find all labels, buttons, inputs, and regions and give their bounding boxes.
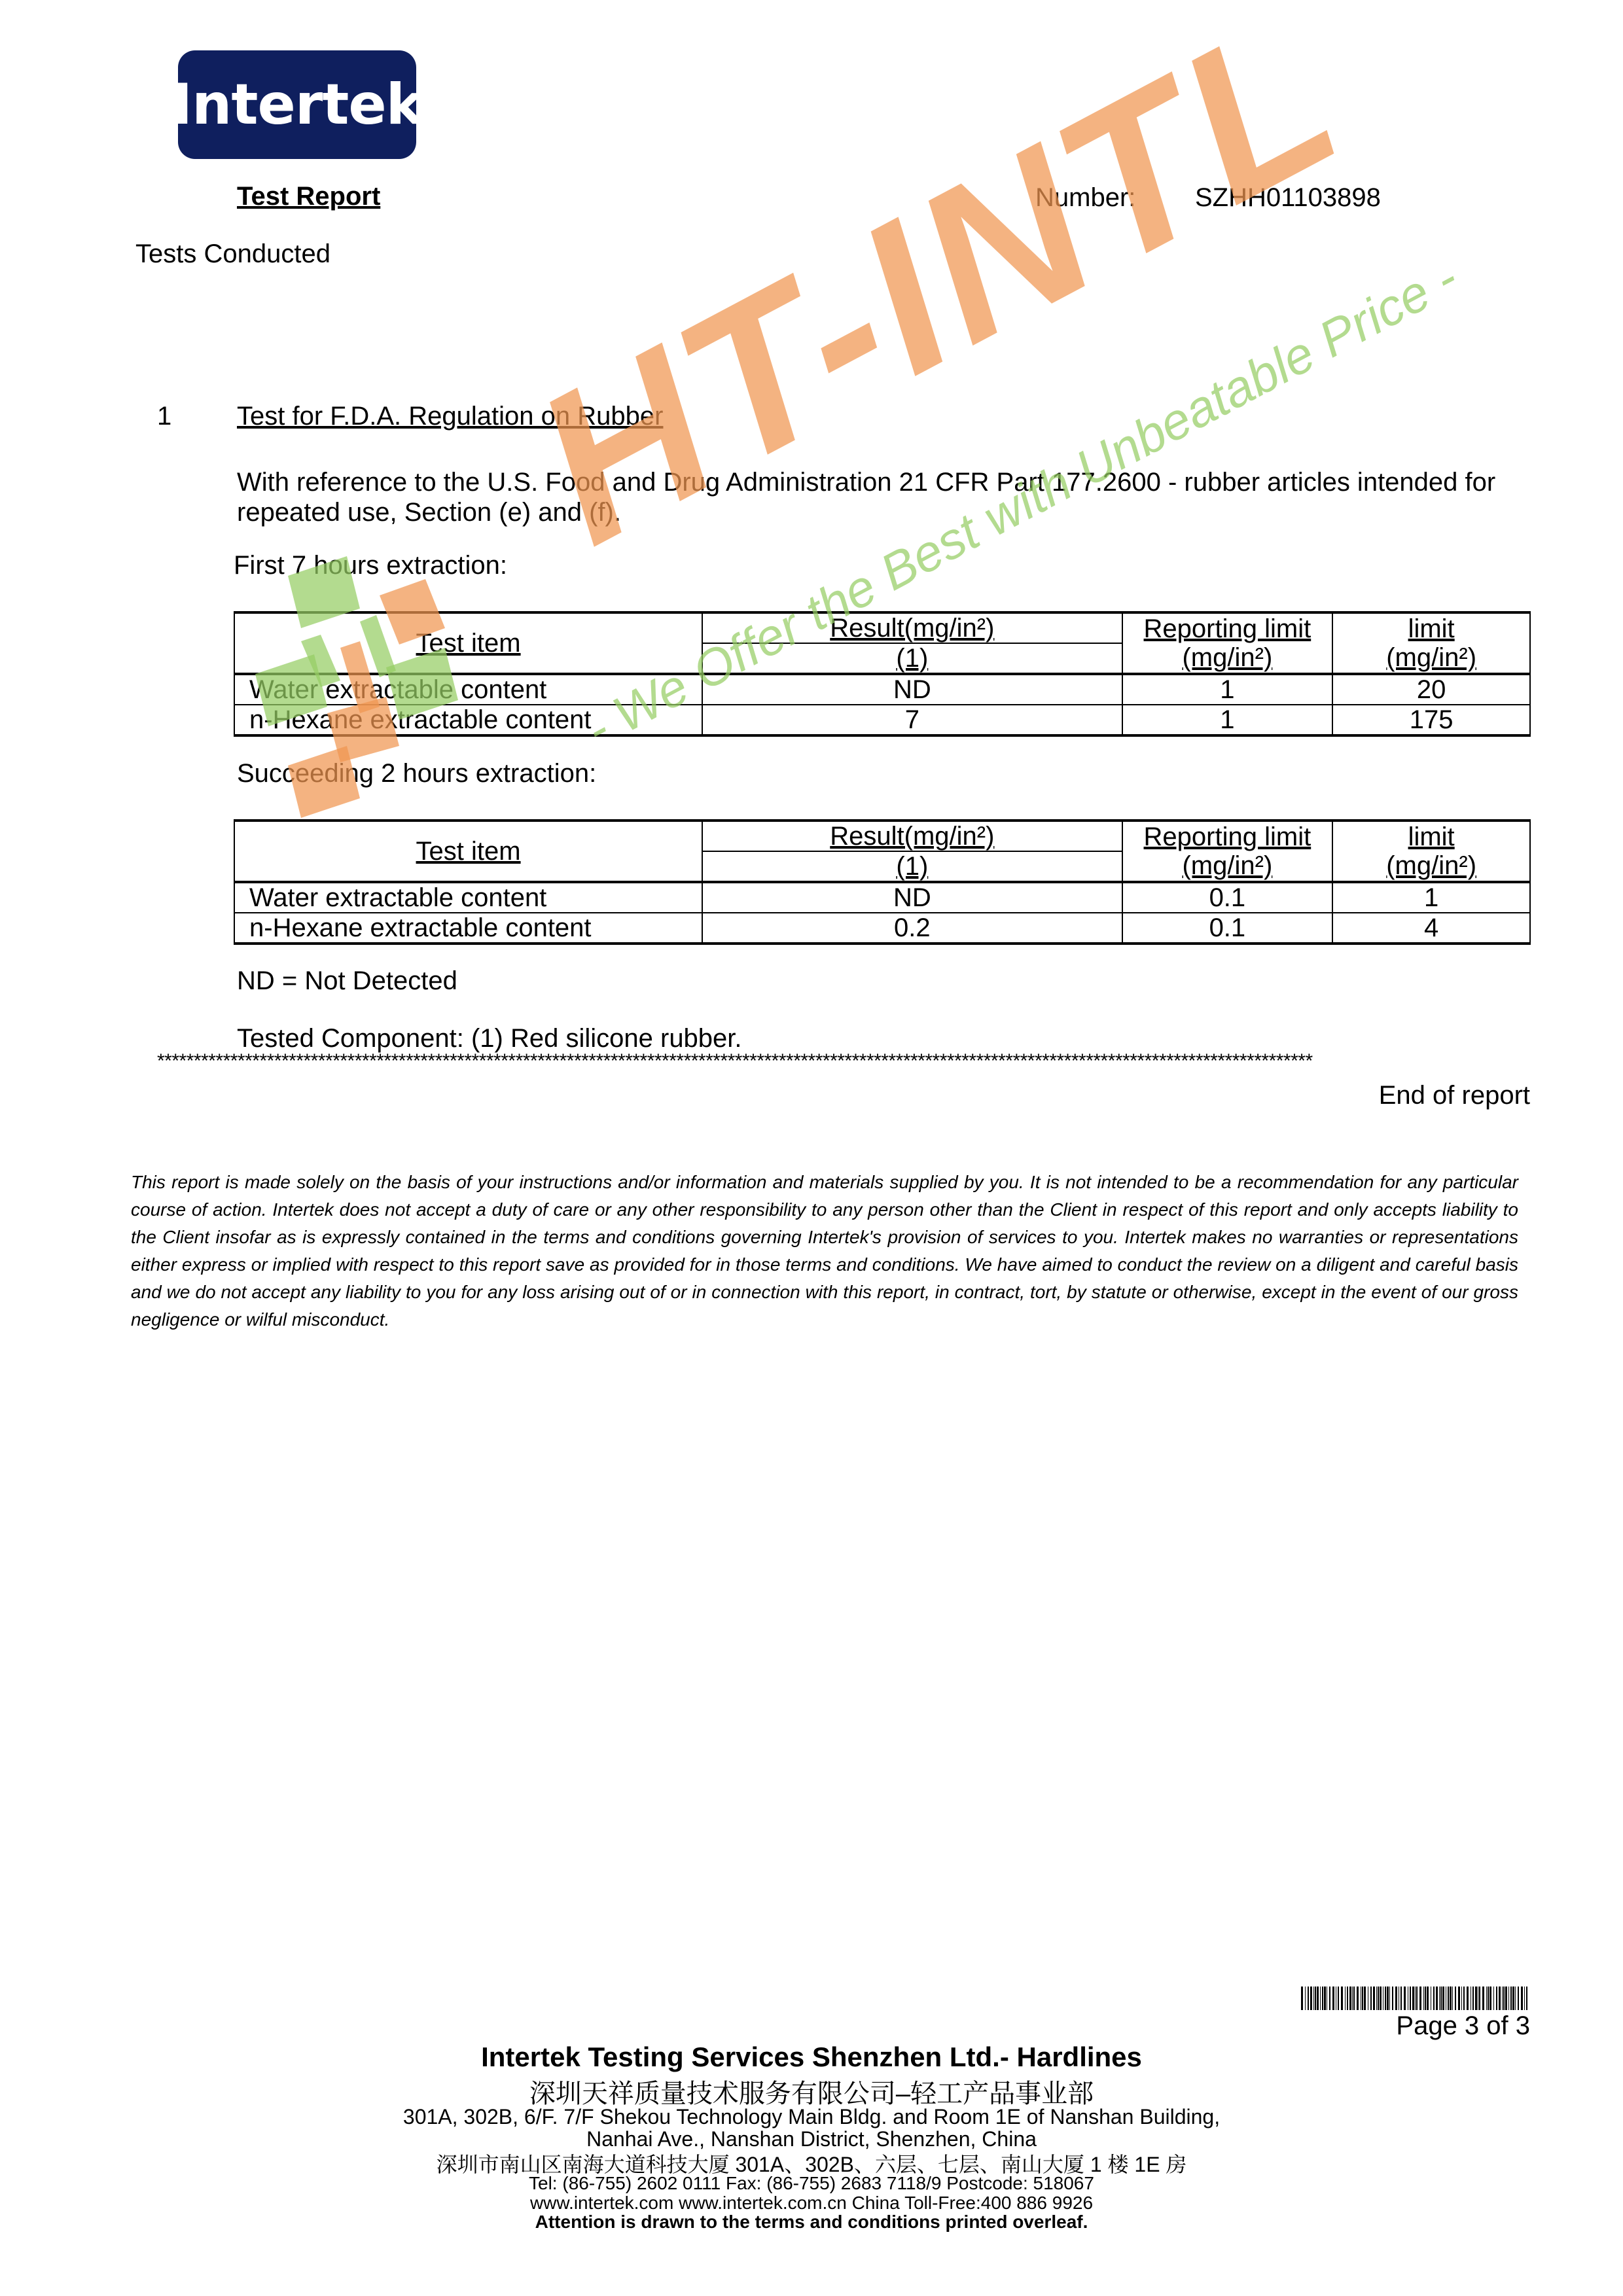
cell-limit: 1 — [1332, 882, 1530, 913]
results-table-2h: Test item Result(mg/in²) Reporting limit… — [234, 819, 1531, 945]
end-of-report: End of report — [1379, 1081, 1530, 1110]
cell-limit: 20 — [1332, 674, 1530, 705]
page-indicator: Page 3 of 3 — [1396, 2011, 1530, 2041]
section-description: With reference to the U.S. Food and Drug… — [237, 467, 1533, 527]
header-result-sub: (1) — [702, 851, 1122, 882]
logo-text: Intertek — [171, 72, 423, 137]
disclaimer-text: This report is made solely on the basis … — [131, 1169, 1518, 1333]
report-title: Test Report — [237, 182, 380, 211]
header-result-sub: (1) — [702, 643, 1122, 674]
cell-result: 7 — [702, 705, 1122, 735]
report-number-value: SZHH01103898 — [1195, 183, 1381, 213]
cell-item: n-Hexane extractable content — [234, 913, 702, 944]
cell-result: ND — [702, 674, 1122, 705]
separator-line: ****************************************… — [157, 1050, 1531, 1072]
table-row: Water extractable content ND 1 20 — [234, 674, 1530, 705]
section-title: Test for F.D.A. Regulation on Rubber — [237, 402, 663, 431]
nd-legend: ND = Not Detected — [237, 966, 457, 996]
table-1-caption: First 7 hours extraction: — [234, 551, 507, 580]
table-row: n-Hexane extractable content 0.2 0.1 4 — [234, 913, 1530, 944]
cell-item: n-Hexane extractable content — [234, 705, 702, 735]
table-row: n-Hexane extractable content 7 1 175 — [234, 705, 1530, 735]
cell-reporting-limit: 1 — [1122, 674, 1333, 705]
cell-item: Water extractable content — [234, 674, 702, 705]
intertek-logo: Intertek — [178, 50, 416, 159]
footer-web: www.intertek.com www.intertek.com.cn Chi… — [0, 2193, 1623, 2214]
cell-reporting-limit: 1 — [1122, 705, 1333, 735]
section-number: 1 — [157, 402, 171, 431]
report-number-label: Number: — [1035, 183, 1135, 213]
header-reporting-limit: Reporting limit(mg/in²) — [1122, 821, 1333, 882]
header-reporting-limit: Reporting limit(mg/in²) — [1122, 612, 1333, 674]
cell-reporting-limit: 0.1 — [1122, 882, 1333, 913]
cell-limit: 175 — [1332, 705, 1530, 735]
footer-address-en-1: 301A, 302B, 6/F. 7/F Shekou Technology M… — [0, 2105, 1623, 2129]
tests-conducted-heading: Tests Conducted — [135, 239, 330, 269]
cell-limit: 4 — [1332, 913, 1530, 944]
barcode-icon — [1301, 1987, 1530, 2010]
cell-result: 0.2 — [702, 913, 1122, 944]
header-result: Result(mg/in²) — [702, 612, 1122, 643]
table-2-caption: Succeeding 2 hours extraction: — [237, 759, 596, 788]
footer-attention: Attention is drawn to the terms and cond… — [0, 2212, 1623, 2233]
cell-reporting-limit: 0.1 — [1122, 913, 1333, 944]
header-limit: limit(mg/in²) — [1332, 821, 1530, 882]
results-table-7h: Test item Result(mg/in²) Reporting limit… — [234, 611, 1531, 737]
footer-company-en: Intertek Testing Services Shenzhen Ltd.-… — [0, 2041, 1623, 2073]
header-result: Result(mg/in²) — [702, 821, 1122, 851]
tested-component: Tested Component: (1) Red silicone rubbe… — [237, 1024, 742, 1053]
cell-result: ND — [702, 882, 1122, 913]
table-row: Water extractable content ND 0.1 1 — [234, 882, 1530, 913]
header-test-item: Test item — [234, 821, 702, 882]
footer-contact: Tel: (86-755) 2602 0111 Fax: (86-755) 26… — [0, 2173, 1623, 2194]
cell-item: Water extractable content — [234, 882, 702, 913]
header-test-item: Test item — [234, 612, 702, 674]
header-limit: limit(mg/in²) — [1332, 612, 1530, 674]
